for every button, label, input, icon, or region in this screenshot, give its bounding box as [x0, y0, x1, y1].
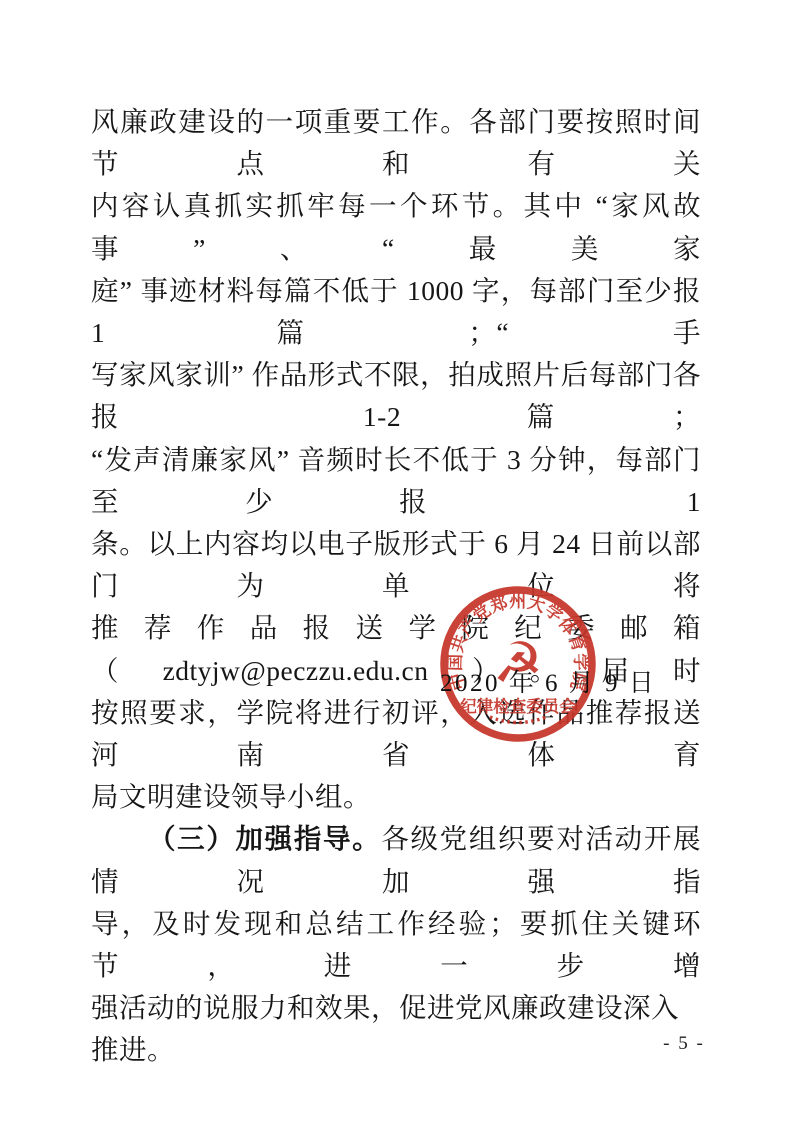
- body-line: 导，及时发现和总结工作经验；要抓住关键环节，进一步增: [91, 903, 701, 987]
- body-line-section-heading: （三）加强指导。各级党组织要对活动开展情况加强指: [91, 818, 701, 902]
- body-line: 内容认真抓实抓牢每一个环节。其中 “家风故事”、“最美家: [91, 185, 701, 269]
- body-line: 局文明建设领导小组。: [91, 776, 701, 818]
- page-number: - 5 -: [648, 1033, 720, 1055]
- body-line: 庭” 事迹材料每篇不低于 1000 字，每部门至少报 1 篇；“手: [91, 270, 701, 354]
- body-line: 强活动的说服力和效果，促进党风廉政建设深入推进。: [91, 987, 701, 1071]
- document-page: 风廉政建设的一项重要工作。各部门要按照时间节点和有关 内容认真抓实抓牢每一个环节…: [0, 0, 793, 1122]
- body-line: 风廉政建设的一项重要工作。各部门要按照时间节点和有关: [91, 101, 701, 185]
- body-line: 写家风家训” 作品形式不限，拍成照片后每部门各报 1-2 篇；: [91, 354, 701, 438]
- section-heading: （三）加强指导。: [148, 823, 381, 854]
- body-text: 风廉政建设的一项重要工作。各部门要按照时间节点和有关 内容认真抓实抓牢每一个环节…: [91, 101, 701, 1072]
- body-line: “发声清廉家风” 音频时长不低于 3 分钟，每部门至少报 1: [91, 439, 701, 523]
- seal-serial-code: [490, 717, 546, 723]
- body-line: 按照要求，学院将进行初评，入选作品推荐报送河南省体育: [91, 692, 701, 776]
- body-line: 条。以上内容均以电子版形式于 6 月 24 日前以部门为单位将: [91, 523, 701, 607]
- signature-date: 2020 年 6 月 9 日: [440, 663, 656, 699]
- seal-committee-label: 纪律检查委员会: [460, 696, 576, 716]
